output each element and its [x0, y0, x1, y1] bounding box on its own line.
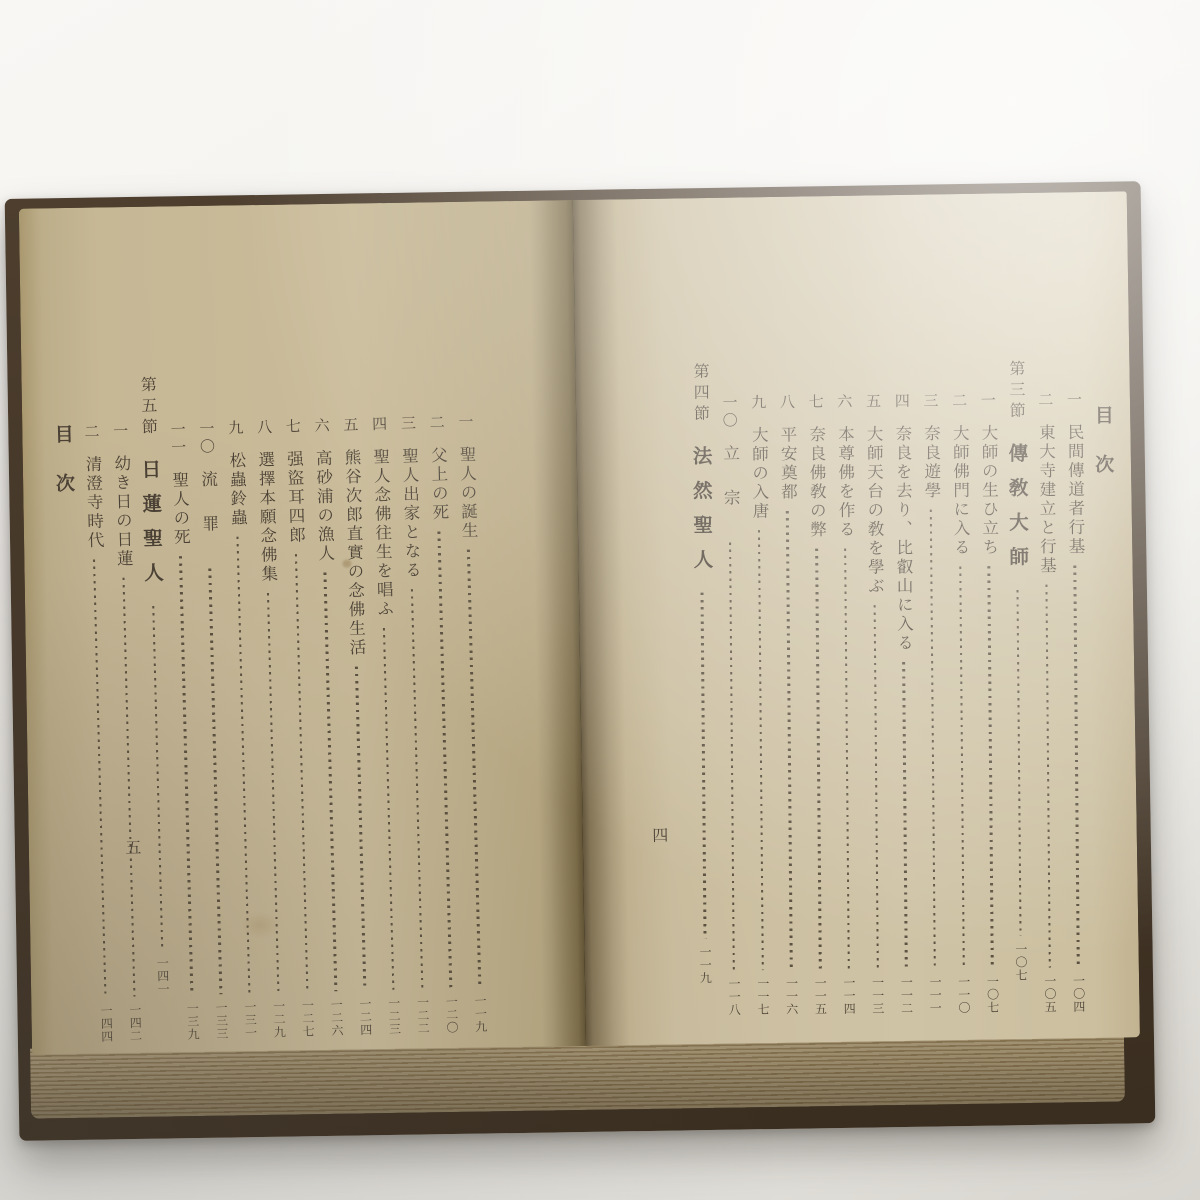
- entry-page-number: 一一七: [757, 977, 769, 1016]
- toc-column-item: 七奈良佛敎の弊一一五: [802, 362, 833, 1016]
- entry-title: 父上の死: [429, 446, 447, 522]
- entry-title: 選擇本願念佛集: [256, 451, 276, 584]
- dotted-leader: [930, 510, 936, 969]
- dotted-leader: [1017, 590, 1022, 936]
- entry-number: 三: [922, 393, 937, 411]
- entry-page-number: 一一一: [929, 976, 941, 1015]
- entry-page-number: 一〇五: [1044, 975, 1056, 1014]
- toc-running-header: 目次: [1093, 405, 1113, 503]
- entry-page-number: 一一二: [900, 976, 912, 1015]
- toc-column-item: 一民間傳道者行基一〇四: [1061, 359, 1092, 1013]
- entry-page-number: 一二六: [330, 998, 343, 1037]
- entry-title: 東大寺建立と行基: [1037, 424, 1055, 576]
- dotted-leader: [122, 578, 135, 997]
- dotted-leader: [902, 662, 907, 969]
- folio-number-right: 四: [651, 827, 667, 843]
- dotted-leader: [236, 537, 250, 994]
- entry-page-number: 一三三: [215, 1001, 228, 1040]
- toc-column-item: 五大師天台の敎を學ぶ一一三: [860, 361, 891, 1015]
- entry-page-number: 一〇七: [1015, 943, 1027, 982]
- entry-page-number: 一二九: [273, 1000, 286, 1039]
- dotted-leader: [1074, 565, 1080, 967]
- entry-page-number: 一一〇: [958, 975, 970, 1014]
- toc-column-item: 四奈良を去り、比叡山に入る一一二: [888, 361, 919, 1015]
- toc-column-item: 二東大寺建立と行基一〇五: [1032, 360, 1063, 1014]
- photo-background: 目次一民間傳道者行基一〇四二東大寺建立と行基一〇五第三節傳敎大師一〇七一大師の生…: [0, 0, 1200, 1200]
- dotted-leader: [93, 559, 107, 997]
- entry-page-number: 一三一: [244, 1000, 257, 1039]
- dotted-leader: [729, 542, 735, 970]
- dotted-leader: [383, 628, 395, 990]
- entry-number: 五: [865, 393, 880, 411]
- entry-number: 四: [371, 416, 386, 434]
- dotted-leader: [355, 667, 366, 991]
- entry-number: 六: [313, 417, 328, 435]
- entry-number: 一: [980, 392, 995, 410]
- toc-left-page: 一聖人の誕生一一九二父上の死一二〇三聖人出家となる一二二四聖人念佛往生を唱ふ一二…: [48, 367, 492, 998]
- dotted-leader: [815, 549, 821, 970]
- toc-right-page: 目次一民間傳道者行基一〇四二東大寺建立と行基一〇五第三節傳敎大師一〇七一大師の生…: [688, 359, 1120, 985]
- entry-number: 第三節: [1008, 360, 1025, 423]
- entry-title: 奈良遊學: [922, 425, 939, 501]
- dotted-leader: [152, 606, 163, 950]
- entry-page-number: 一〇七: [986, 975, 998, 1014]
- toc-column-section: 第四節法然聖人一一九: [688, 363, 718, 985]
- entry-title: 清澄寺時代: [83, 455, 102, 550]
- entry-title: 本尊佛を作る: [836, 425, 853, 539]
- entry-page-number: 一二四: [359, 997, 372, 1036]
- toc-column-item: 一〇立宗一一八: [716, 362, 747, 1016]
- dotted-leader: [786, 511, 792, 970]
- entry-number: 八: [779, 394, 794, 412]
- entry-title: 奈良を去り、比叡山に入る: [893, 425, 911, 653]
- entry-number: 一: [1066, 391, 1081, 409]
- entry-title: 聖人の死: [170, 471, 188, 547]
- entry-title: 松蟲鈴蟲: [227, 451, 245, 527]
- entry-number: 一: [112, 423, 127, 441]
- entry-number: 四: [894, 393, 909, 411]
- dotted-leader: [324, 572, 337, 991]
- entry-page-number: 一四一: [156, 957, 169, 996]
- entry-page-number: 一〇四: [1072, 974, 1084, 1013]
- entry-number: 二: [83, 423, 98, 441]
- entry-title: 大師佛門に入る: [951, 424, 969, 557]
- entry-page-number: 一三九: [186, 1002, 199, 1041]
- entry-title: 大師天台の敎を學ぶ: [865, 425, 883, 596]
- entry-title: 强盜耳四郎: [285, 450, 304, 545]
- entry-number: 一〇: [198, 420, 214, 456]
- dotted-leader: [844, 548, 850, 969]
- entry-page-number: 一一六: [785, 977, 797, 1016]
- dotted-leader: [438, 531, 452, 988]
- dotted-leader: [758, 530, 764, 970]
- entry-number: 第四節: [692, 363, 709, 426]
- toc-column-item: 二大師佛門に入る一一〇: [946, 360, 977, 1014]
- dotted-leader: [179, 556, 193, 995]
- entry-number: 第五節: [139, 376, 157, 439]
- dotted-leader: [294, 554, 308, 992]
- dotted-leader: [701, 593, 706, 939]
- page-spread: 目次一民間傳道者行基一〇四二東大寺建立と行基一〇五第三節傳敎大師一〇七一大師の生…: [19, 191, 1140, 1054]
- entry-number: 二: [951, 392, 966, 410]
- entry-page-number: 一一四: [843, 976, 855, 1015]
- entry-page-number: 一二〇: [445, 995, 458, 1034]
- toc-column-item: 六本尊佛を作る一一四: [831, 361, 862, 1015]
- entry-number: 一一: [170, 421, 186, 457]
- entry-title: 幼き日の日蓮: [112, 454, 131, 568]
- entry-title: 奈良佛敎の弊: [807, 426, 824, 540]
- entry-title: 大師の入唐: [750, 426, 767, 521]
- dotted-leader: [467, 550, 481, 988]
- entry-title: 大師の生ひ立ち: [979, 424, 997, 557]
- open-book: 目次一民間傳道者行基一〇四二東大寺建立と行基一〇五第三節傳敎大師一〇七一大師の生…: [5, 181, 1156, 1141]
- entry-title: 法然聖人: [691, 446, 712, 584]
- toc-running-header: 目次: [52, 424, 74, 522]
- entry-title: 傳敎大師: [1007, 443, 1028, 581]
- dotted-leader: [988, 566, 994, 968]
- entry-page-number: 一二二: [416, 996, 429, 1035]
- entry-title: 立宗: [721, 444, 738, 533]
- toc-column-item: 八平安奠都一一六: [774, 362, 805, 1016]
- entry-page-number: 一一五: [814, 977, 826, 1016]
- dotted-leader: [959, 566, 965, 968]
- entry-number: 九: [750, 394, 765, 412]
- entry-page-number: 一一九: [699, 946, 711, 985]
- entry-title: 聖人出家となる: [400, 447, 420, 580]
- entry-number: 七: [808, 394, 823, 412]
- entry-title: 平安奠都: [778, 426, 795, 502]
- entry-number: 一: [457, 413, 472, 431]
- toc-column-item: 三奈良遊學一一一: [917, 361, 948, 1015]
- entry-number: 七: [285, 418, 300, 436]
- dotted-leader: [208, 568, 222, 994]
- entry-title: 流罪: [199, 470, 218, 559]
- entry-page-number: 一一八: [728, 977, 740, 1016]
- entry-number: 二: [1037, 392, 1052, 410]
- entry-page-number: 一四四: [100, 1004, 113, 1043]
- gutter-shadow: [529, 199, 630, 1046]
- entry-page-number: 一二七: [301, 999, 314, 1038]
- entry-title: 日蓮聖人: [139, 459, 162, 597]
- toc-column-section: 第三節傳敎大師一〇七: [1003, 360, 1033, 982]
- entry-number: 九: [227, 420, 242, 438]
- entry-page-number: 一四二: [129, 1003, 142, 1042]
- entry-title: 熊谷次郎直實の念佛生活: [342, 448, 364, 657]
- toc-column-item: 九大師の入唐一一七: [745, 362, 776, 1016]
- entry-title: 聖人念佛往生を唱ふ: [371, 448, 392, 619]
- dotted-leader: [411, 589, 424, 989]
- dotted-leader: [1045, 585, 1051, 968]
- entry-title: 高砂浦の漁人: [313, 449, 332, 563]
- entry-number: 五: [342, 417, 357, 435]
- entry-page-number: 一一九: [474, 994, 487, 1033]
- entry-number: 六: [836, 393, 851, 411]
- entry-number: 二: [428, 414, 443, 432]
- dotted-leader: [267, 593, 280, 993]
- entry-page-number: 一一三: [872, 976, 884, 1015]
- entry-number: 一〇: [721, 394, 736, 430]
- entry-title: 聖人の誕生: [457, 445, 476, 540]
- entry-page-number: 一二三: [388, 997, 401, 1036]
- entry-number: 三: [400, 415, 415, 433]
- entry-title: 民間傳道者行基: [1065, 423, 1083, 556]
- toc-column-item: 一大師の生ひ立ち一〇七: [975, 360, 1006, 1014]
- dotted-leader: [873, 605, 879, 969]
- folio-number-left: 五: [124, 839, 140, 855]
- entry-number: 八: [256, 419, 271, 437]
